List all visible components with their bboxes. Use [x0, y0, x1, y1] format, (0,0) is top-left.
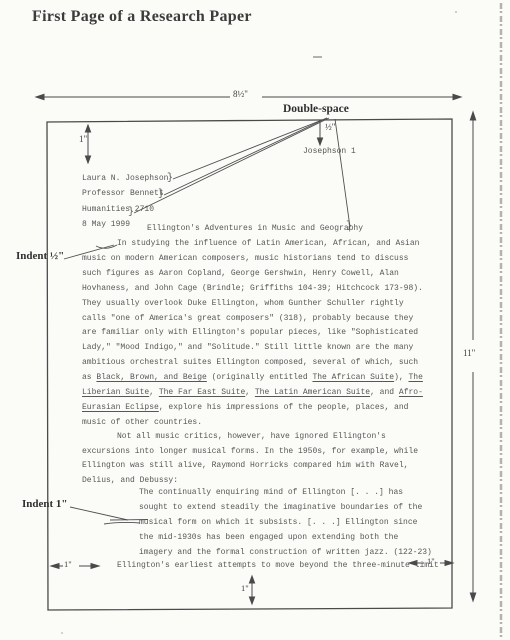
brace-mark: } [128, 207, 134, 218]
text-line: Lady," "Mood Indigo," and "Solitude." St… [82, 341, 423, 356]
text-line: Professor Bennett [82, 186, 168, 201]
text-line: music on modern American composers, musi… [82, 252, 423, 267]
brace-mark: } [158, 189, 164, 200]
closing-line: Ellington's earliest attempts to move be… [82, 561, 439, 570]
header-offset-arrow [317, 121, 322, 145]
text-line: They usually overlook Duke Ellington, wh… [82, 297, 423, 312]
brace-mark: } [167, 173, 173, 184]
text-line: Liberian Suite, The Far East Suite, The … [82, 386, 423, 401]
top-margin-label: 1" [79, 134, 87, 144]
essay-title: Ellington's Adventures in Music and Geog… [147, 224, 363, 233]
width-measure-label: 8½" [233, 89, 248, 99]
text-line: Humanities 2710 [82, 202, 168, 217]
width-arrow [36, 94, 461, 99]
text-line: the mid-1930s has been engaged upon exte… [139, 530, 432, 545]
text-line: musical form on which it subsists. [. . … [139, 515, 432, 530]
text-line: ambitious orchestral suites Ellington co… [82, 356, 423, 371]
text-line: Ellington was still alive, Raymond Horri… [82, 459, 418, 474]
text-line: calls "one of America's great composers"… [82, 312, 423, 327]
text-line: excursions into longer musical forms. In… [82, 445, 418, 460]
top-margin-arrow [85, 125, 90, 163]
height-measure-label: 11" [463, 348, 475, 358]
text-line: The continually enquiring mind of Elling… [139, 485, 432, 500]
text-line: sought to extend steadily the imaginativ… [139, 500, 432, 515]
scanned-document: First Page of a Research Paper 8½" 11" D… [0, 0, 510, 640]
paragraph-2: Not all music critics, however, have ign… [82, 430, 418, 488]
double-space-label: Double-space [283, 103, 349, 115]
bottom-margin-arrow [249, 576, 254, 604]
indent-one-leader [70, 507, 148, 524]
text-line: Hovhaness, and John Cage (Brindle; Griff… [82, 282, 423, 297]
text-line: are familiar only with Ellington's popul… [82, 326, 423, 341]
text-line: Laura N. Josephson [82, 171, 168, 186]
text-line: In studying the influence of Latin Ameri… [82, 237, 423, 252]
header-offset-label: ½" [325, 122, 335, 132]
indent-one-label: Indent 1" [22, 498, 68, 510]
text-line: music of other countries. [82, 416, 423, 431]
text-line: imagery and the formal construction of w… [139, 545, 432, 560]
text-line: such figures as Aaron Copland, George Ge… [82, 267, 423, 282]
running-head: Josephson 1 [303, 147, 356, 156]
text-line: Eurasian Eclipse, explore his impression… [82, 401, 423, 416]
indent-half-label: Indent ½" [16, 250, 64, 262]
page-title: First Page of a Research Paper [32, 8, 252, 26]
block-quote: The continually enquiring mind of Elling… [139, 485, 432, 560]
text-line: as Black, Brown, and Beige (originally e… [82, 371, 423, 386]
left-margin-label: 1" [64, 559, 72, 569]
bottom-margin-label: 1" [241, 583, 249, 593]
text-line: Not all music critics, however, have ign… [82, 430, 418, 445]
paragraph-1: In studying the influence of Latin Ameri… [82, 237, 423, 431]
